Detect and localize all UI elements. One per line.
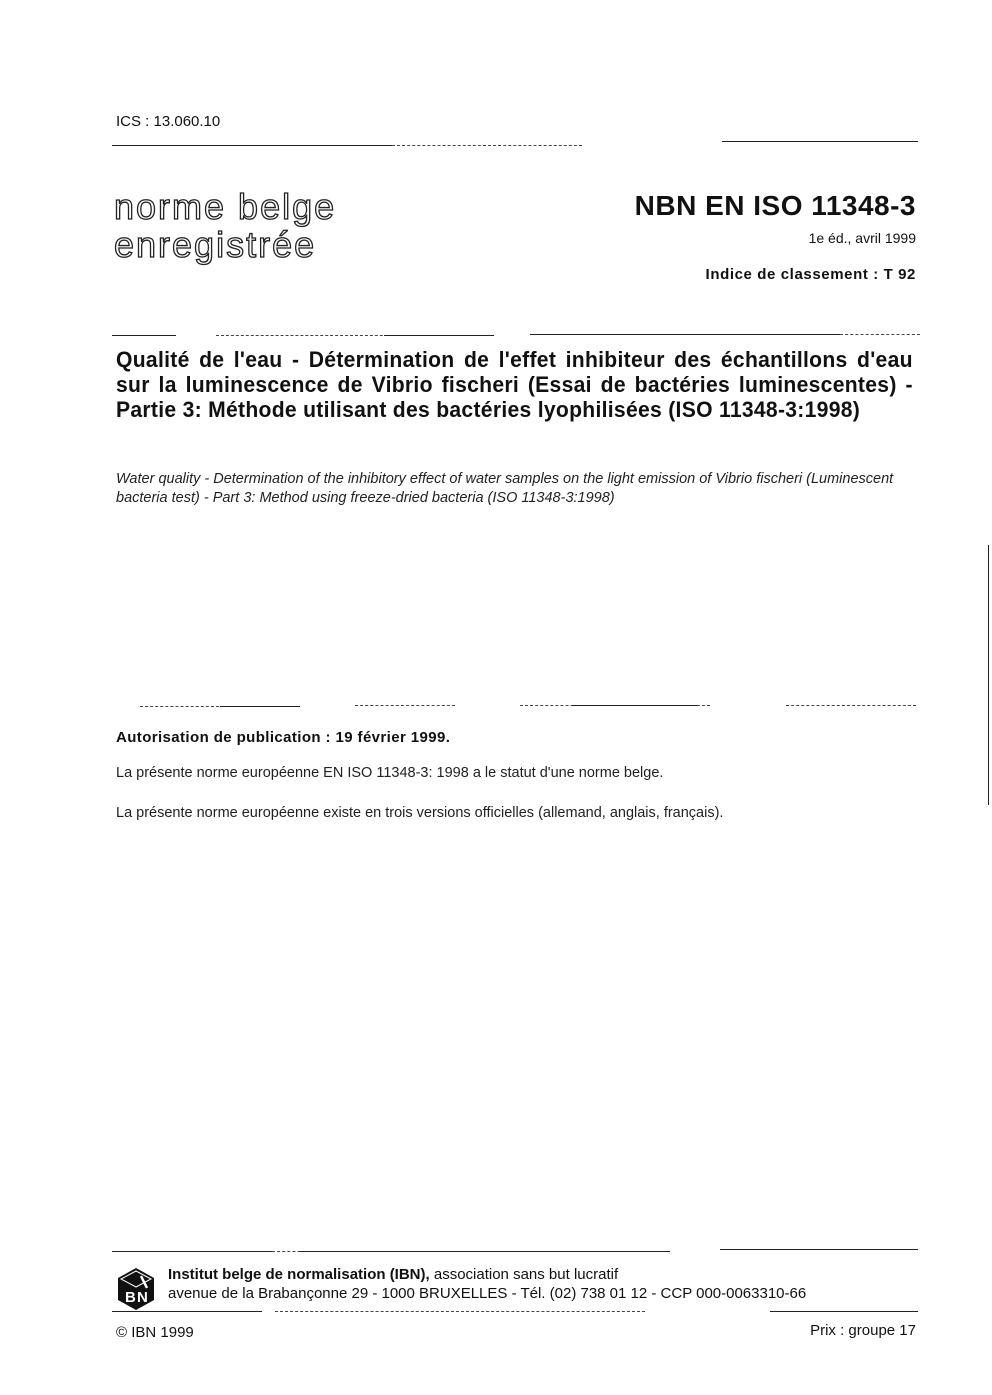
header-rule-right (722, 141, 918, 142)
svg-text:B: B (125, 1289, 136, 1306)
outline-line-2: enregistrée (114, 226, 336, 264)
status-paragraph: La présente norme européenne EN ISO 1134… (116, 765, 663, 781)
institute-name: Institut belge de normalisation (IBN), (168, 1266, 430, 1283)
margin-scan-line (988, 545, 989, 805)
body-rule-6 (786, 705, 916, 706)
ibn-cube-logo-icon: B N (116, 1267, 156, 1311)
title-rule-3 (384, 335, 494, 336)
footer-rule-3 (300, 1251, 670, 1252)
standard-block: NBN EN ISO 11348-3 1e éd., avril 1999 In… (635, 190, 916, 283)
header-rule-left (112, 145, 392, 146)
registered-standard-mark: norme belge enregistrée (114, 188, 336, 264)
publication-authorization: Autorisation de publication : 19 février… (116, 729, 450, 746)
copyright: © IBN 1999 (116, 1324, 194, 1341)
standard-number: NBN EN ISO 11348-3 (635, 190, 916, 222)
institute-description: association sans but lucratif (430, 1266, 618, 1283)
footer-rule-1 (112, 1251, 272, 1252)
outline-line-1: norme belge (114, 188, 336, 226)
title-rule-4 (530, 334, 840, 335)
body-rule-2 (220, 706, 300, 707)
institute-text: Institut belge de normalisation (IBN), a… (168, 1265, 806, 1303)
title-rule-1 (112, 335, 176, 336)
ics-code: ICS : 13.060.10 (116, 113, 220, 130)
institute-address: avenue de la Brabançonne 29 - 1000 BRUXE… (168, 1284, 806, 1303)
body-rule-5 (572, 705, 697, 706)
footer-rule-6 (275, 1311, 645, 1312)
footer-rule-5 (112, 1311, 262, 1312)
classification-index: Indice de classement : T 92 (635, 266, 916, 283)
body-rule-3 (355, 705, 455, 706)
title-rule-5 (840, 334, 920, 335)
edition: 1e éd., avril 1999 (635, 230, 916, 246)
footer-rule-4 (720, 1249, 918, 1250)
footer-rule-7 (770, 1311, 918, 1312)
price-group: Prix : groupe 17 (810, 1322, 916, 1339)
header-rule-dashed (392, 145, 582, 146)
english-title: Water quality - Determination of the inh… (116, 470, 916, 508)
french-title: Qualité de l'eau - Détermination de l'ef… (116, 347, 913, 422)
svg-text:N: N (137, 1289, 148, 1306)
versions-paragraph: La présente norme européenne existe en t… (116, 805, 723, 821)
